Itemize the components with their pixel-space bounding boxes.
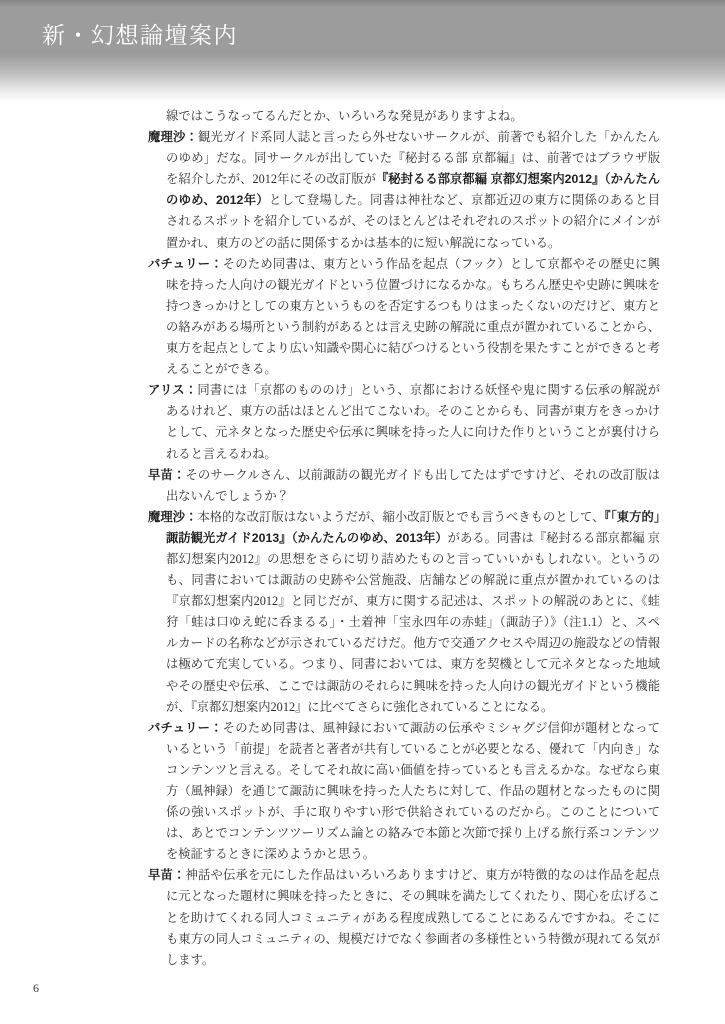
dialogue-run: がある。同書は『秘封るる部京都編 京都幻想案内2012』の思想をさらに切り詰めた… bbox=[166, 531, 660, 714]
speaker-name: パチュリー： bbox=[148, 257, 223, 271]
page-number: 6 bbox=[33, 981, 39, 996]
dialogue-run: そのため同書は、風神録において諏訪の伝承やミシャグジ信仰が題材となっているという… bbox=[166, 721, 660, 862]
dialogue-run: そのため同書は、東方という作品を起点（フック）として京都やその歴史に興味を持った… bbox=[166, 257, 660, 376]
speaker-name: 魔理沙： bbox=[148, 130, 198, 144]
dialogue-run: 本格的な改訂版はないようだが、縮小改訂版とでも言うべきものとして、 bbox=[197, 510, 604, 524]
dialogue-paragraph: 早苗：神話や伝承を元にした作品はいろいろありますけど、東方が特徴的なのは作品を起… bbox=[148, 865, 660, 970]
dialogue-paragraph: アリス：同書には「京都のもののけ」という、京都における妖怪や鬼に関する伝承の解説… bbox=[148, 380, 660, 464]
dialogue-text: 線ではこうなってるんだとか、いろいろな発見がありますよね。魔理沙：観光ガイド系同… bbox=[148, 106, 660, 971]
chapter-header-banner: 新・幻想論壇案内 bbox=[0, 0, 725, 104]
dialogue-paragraph: 魔理沙：本格的な改訂版はないようだが、縮小改訂版とでも言うべきものとして、『「東… bbox=[148, 507, 660, 718]
chapter-title: 新・幻想論壇案内 bbox=[42, 17, 238, 50]
document-page: 新・幻想論壇案内 線ではこうなってるんだとか、いろいろな発見がありますよね。魔理… bbox=[0, 0, 725, 1024]
speaker-name: 早苗： bbox=[148, 468, 185, 482]
dialogue-paragraph: パチュリー：そのため同書は、風神録において諏訪の伝承やミシャグジ信仰が題材となっ… bbox=[148, 718, 660, 866]
speaker-name: アリス： bbox=[148, 383, 197, 397]
dialogue-paragraph: 魔理沙：観光ガイド系同人誌と言ったら外せないサークルが、前著でも紹介した「かんた… bbox=[148, 127, 660, 254]
dialogue-run: そのサークルさん、以前諏訪の観光ガイドも出してたはずですけど、それの改訂版は出な… bbox=[166, 468, 660, 503]
dialogue-run: 同書には「京都のもののけ」という、京都における妖怪や鬼に関する伝承の解説があるけ… bbox=[166, 383, 660, 460]
speaker-name: 魔理沙： bbox=[148, 510, 197, 524]
paragraph-continuation: 線ではこうなってるんだとか、いろいろな発見がありますよね。 bbox=[148, 106, 660, 127]
dialogue-run: 線ではこうなってるんだとか、いろいろな発見がありますよね。 bbox=[166, 109, 523, 123]
speaker-name: パチュリー： bbox=[148, 721, 223, 735]
dialogue-run: 神話や伝承を元にした作品はいろいろありますけど、東方が特徴的なのは作品を起点に元… bbox=[166, 868, 660, 966]
dialogue-paragraph: パチュリー：そのため同書は、東方という作品を起点（フック）として京都やその歴史に… bbox=[148, 254, 660, 381]
speaker-name: 早苗： bbox=[148, 868, 185, 882]
dialogue-paragraph: 早苗：そのサークルさん、以前諏訪の観光ガイドも出してたはずですけど、それの改訂版… bbox=[148, 465, 660, 507]
